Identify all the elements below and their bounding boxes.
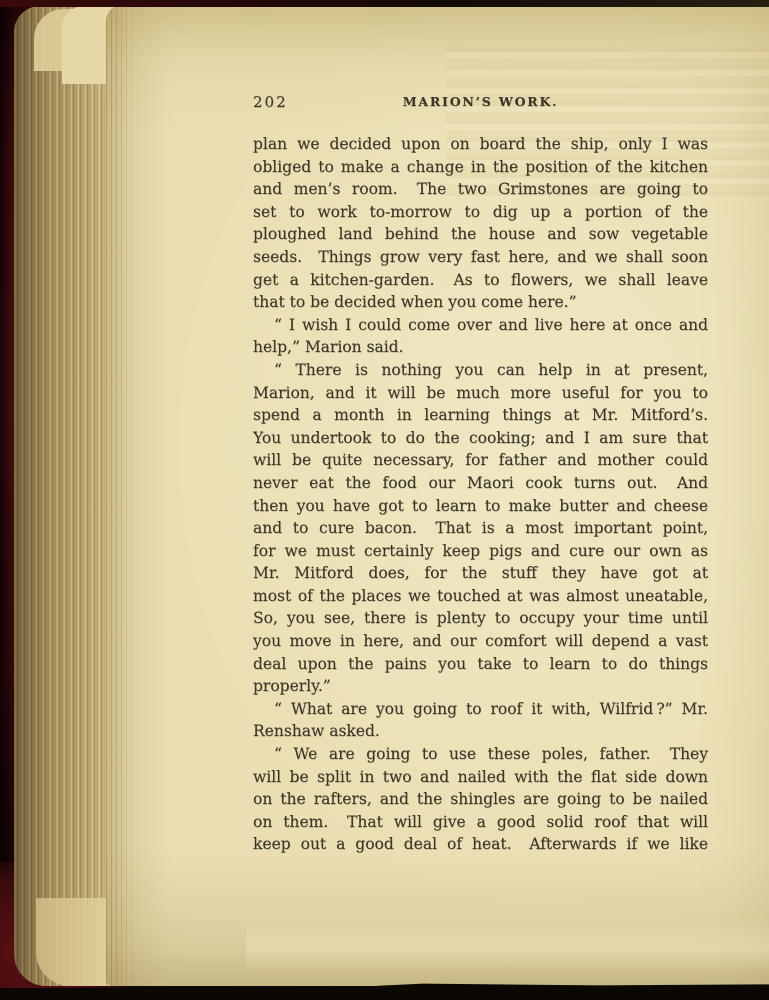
text-line: and to cure bacon. That is a most import… xyxy=(253,517,708,540)
text-line: most of the places we touched at was alm… xyxy=(253,585,708,608)
text-line: set to work to-morrow to dig up a portio… xyxy=(253,201,708,224)
text-line: “ There is nothing you can help in at pr… xyxy=(253,359,708,382)
text-line: “ What are you going to roof it with, Wi… xyxy=(253,698,708,721)
text-line: will be split in two and nailed with the… xyxy=(253,766,708,789)
book-photo: 202 MARION’S WORK. plan we decided upon … xyxy=(0,0,769,1000)
text-line: get a kitchen-garden. As to flowers, we … xyxy=(253,269,708,292)
text-line: properly.” xyxy=(253,675,708,698)
text-line: help,” Marion said. xyxy=(253,336,708,359)
text-line: So, you see, there is plenty to occupy y… xyxy=(253,607,708,630)
text-line: “ I wish I could come over and live here… xyxy=(253,314,708,337)
body-text: plan we decided upon on board the ship, … xyxy=(253,133,708,856)
text-line: spend a month in learning things at Mr. … xyxy=(253,404,708,427)
text-line: on them. That will give a good solid roo… xyxy=(253,811,708,834)
text-line: for we must certainly keep pigs and cure… xyxy=(253,540,708,563)
paper-texture-band xyxy=(246,920,769,975)
text-line: Marion, and it will be much more useful … xyxy=(253,382,708,405)
text-line: you move in here, and our comfort will d… xyxy=(253,630,708,653)
text-line: “ We are going to use these poles, fathe… xyxy=(253,743,708,766)
text-line: then you have got to learn to make butte… xyxy=(253,495,708,518)
text-line: ploughed land behind the house and sow v… xyxy=(253,223,708,246)
text-line: You undertook to do the cooking; and I a… xyxy=(253,427,708,450)
text-line: and men’s room. The two Grimstones are g… xyxy=(253,178,708,201)
text-line: Mr. Mitford does, for the stuff they hav… xyxy=(253,562,708,585)
running-header-row: 202 MARION’S WORK. xyxy=(253,92,708,112)
text-line: seeds. Things grow very fast here, and w… xyxy=(253,246,708,269)
text-line: on the rafters, and the shingles are goi… xyxy=(253,788,708,811)
text-line: plan we decided upon on board the ship, … xyxy=(253,133,708,156)
page-content: 202 MARION’S WORK. plan we decided upon … xyxy=(253,92,708,856)
text-line: never eat the food our Maori cook turns … xyxy=(253,472,708,495)
text-line: will be quite necessary, for father and … xyxy=(253,449,708,472)
text-line: keep out a good deal of heat. Afterwards… xyxy=(253,833,708,856)
text-line: that to be decided when you come here.” xyxy=(253,291,708,314)
text-line: obliged to make a change in the position… xyxy=(253,156,708,179)
running-title: MARION’S WORK. xyxy=(253,94,708,109)
photo-top-edge xyxy=(0,0,769,7)
text-line: deal upon the pains you take to learn to… xyxy=(253,653,708,676)
text-line: Renshaw asked. xyxy=(253,720,708,743)
